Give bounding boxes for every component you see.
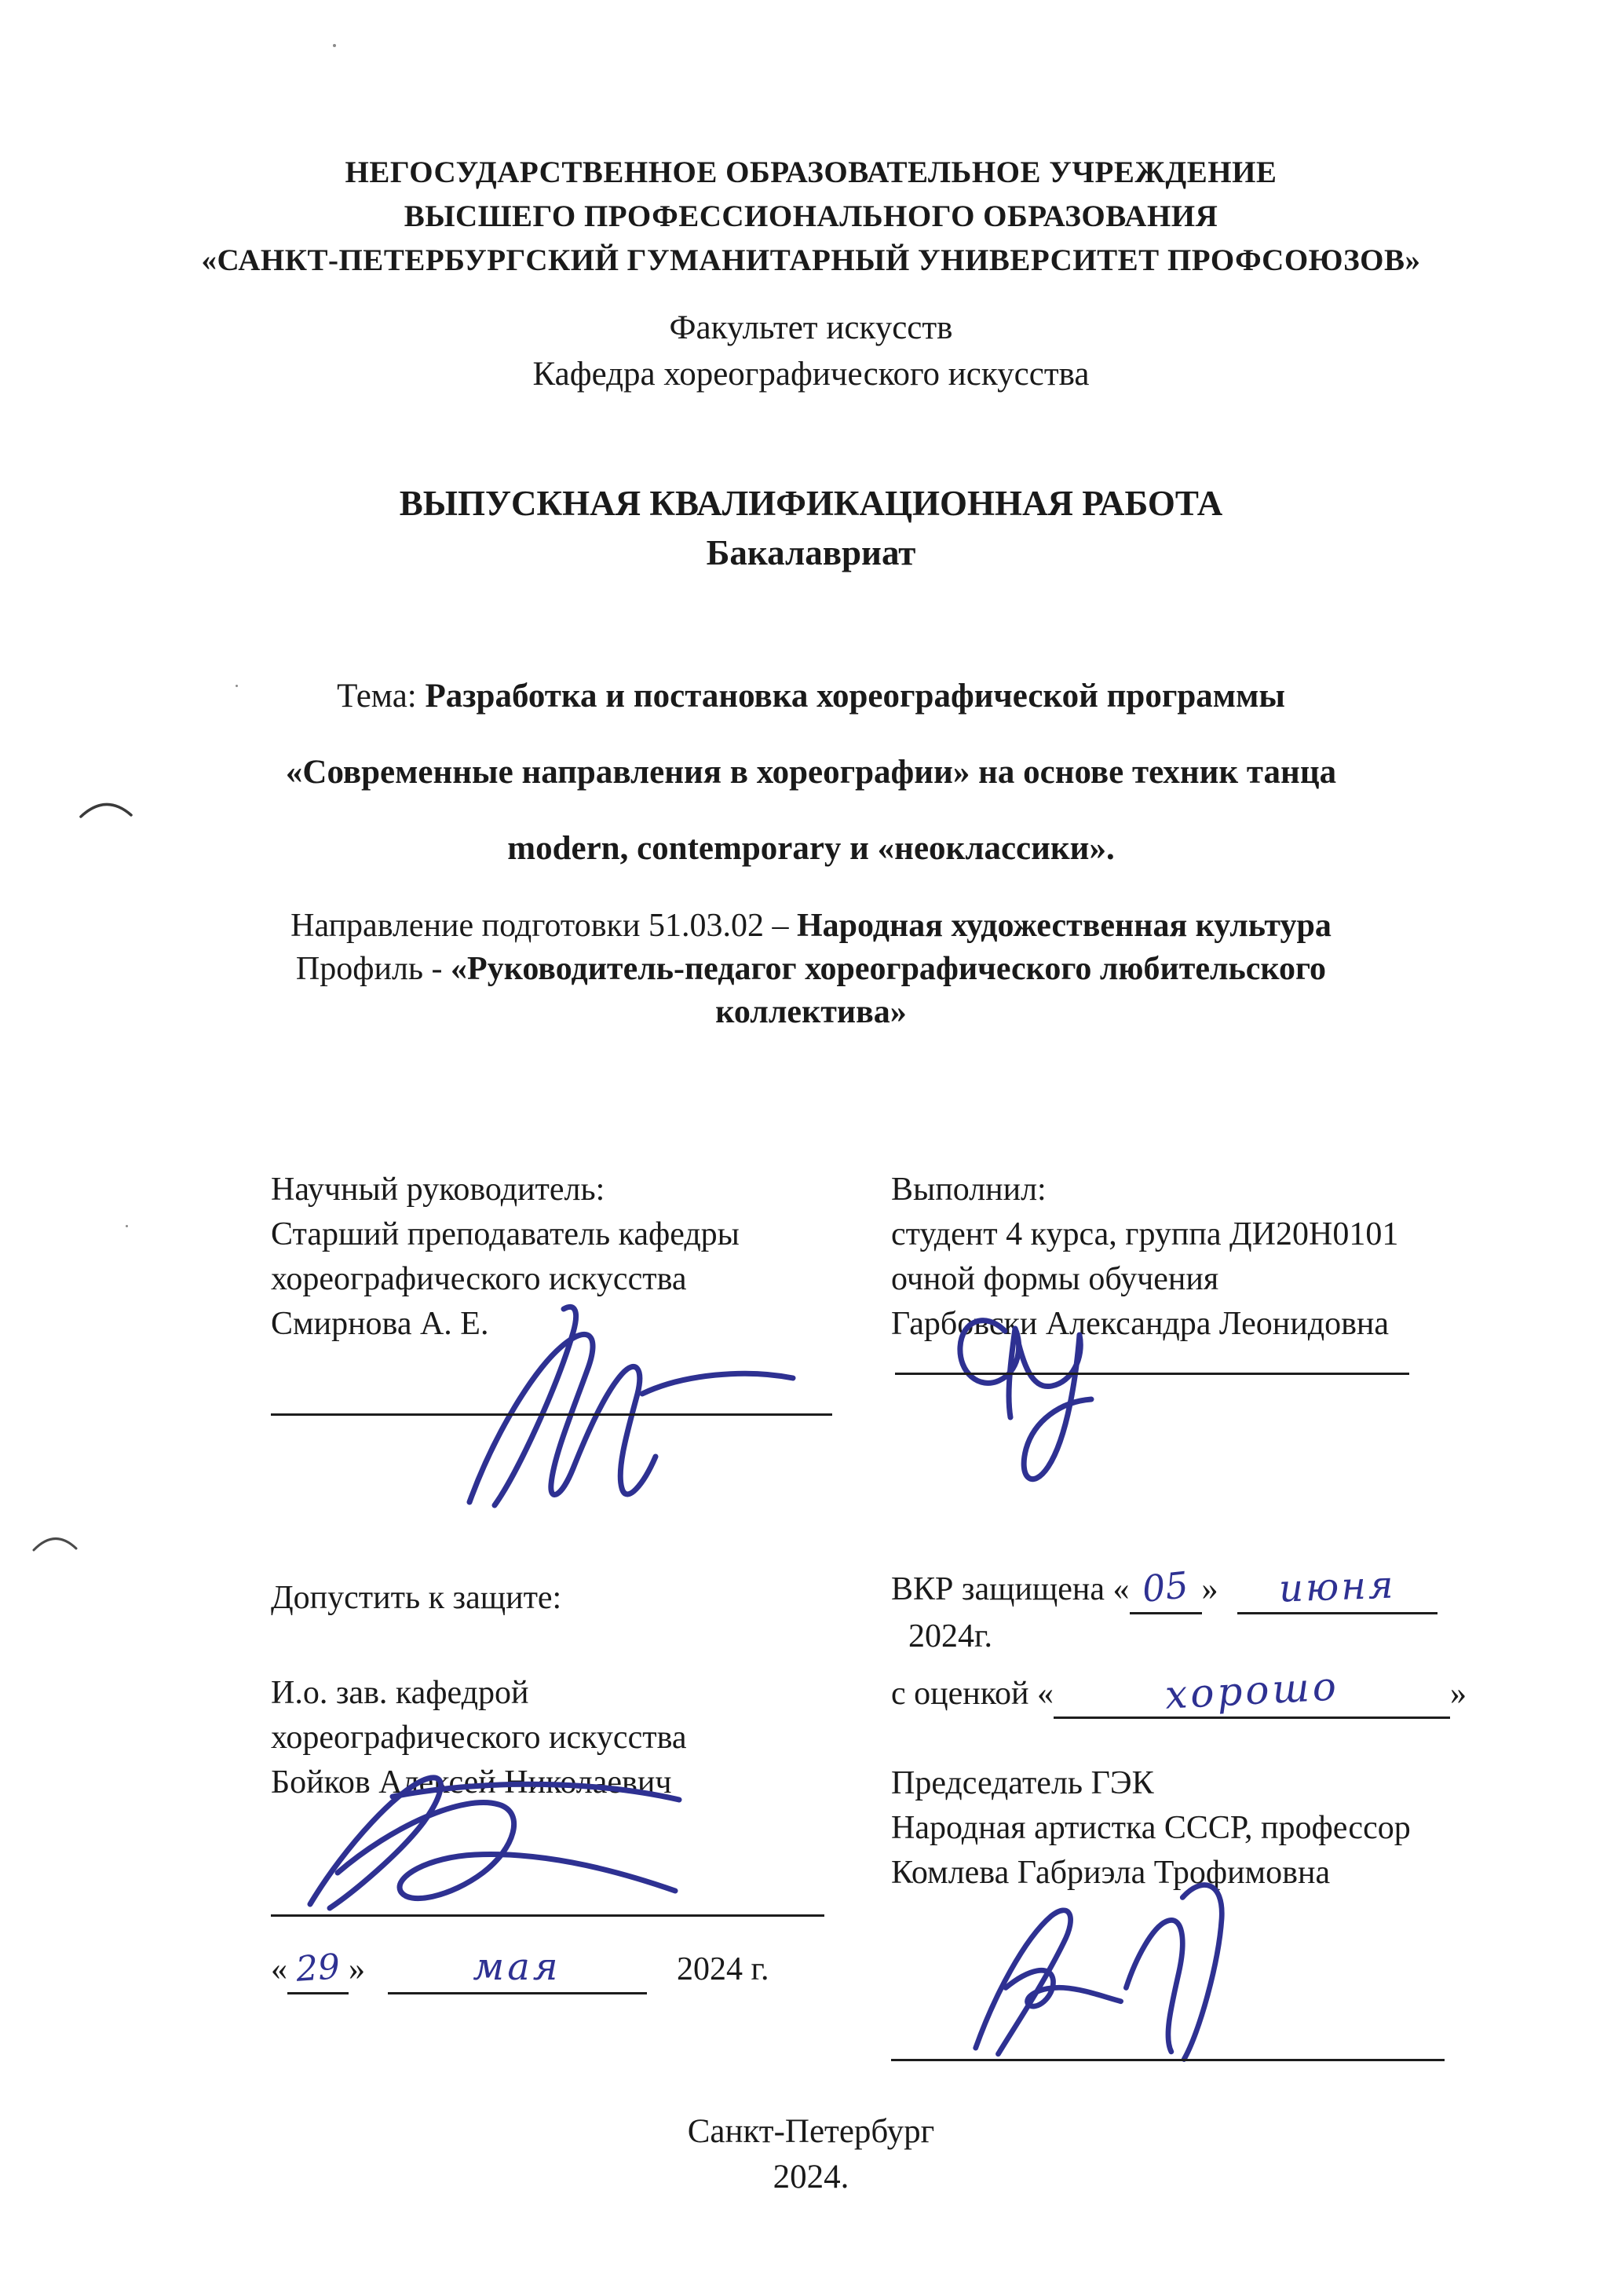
defense-day-handwritten: 05 — [1140, 1563, 1190, 1612]
chair-signature — [934, 1873, 1295, 2065]
grade-suffix: » — [1450, 1676, 1467, 1712]
scan-arc-artifact-top — [79, 792, 133, 823]
footer-year: 2024. — [0, 2155, 1622, 2200]
author-heading: Выполнил: — [891, 1168, 1519, 1212]
profile-value-2: коллектива» — [715, 994, 907, 1030]
org-line-3: «САНКТ-ПЕТЕРБУРГСКИЙ ГУМАНИТАРНЫЙ УНИВЕР… — [0, 239, 1622, 283]
supervisor-signature — [377, 1300, 816, 1512]
grade-prefix: с оценкой « — [891, 1676, 1054, 1712]
defense-month-underline: июня — [1237, 1565, 1438, 1614]
theme-line-1: Тема: Разработка и постановка хореографи… — [0, 658, 1622, 734]
admission-signature-line — [271, 1914, 824, 1917]
admission-heading: Допустить к защите: — [271, 1576, 820, 1621]
scan-speck-1 — [333, 44, 336, 47]
defense-prefix: ВКР защищена « — [891, 1571, 1130, 1607]
org-line-2: ВЫСШЕГО ПРОФЕССИОНАЛЬНОГО ОБРАЗОВАНИЯ — [0, 195, 1622, 239]
direction-value: Народная художественная культура — [797, 908, 1332, 944]
profile-line-1: Профиль - «Руководитель-педагог хореогра… — [0, 948, 1622, 991]
grade-underline: хорошо — [1054, 1669, 1450, 1719]
author-signature — [930, 1272, 1182, 1484]
defense-date-line: ВКР защищена «05» июня 2024г. — [891, 1565, 1519, 1659]
scan-speck-2 — [236, 685, 238, 687]
chair-signature-line — [891, 2059, 1445, 2061]
admission-day-underline: 29 — [287, 1946, 349, 1994]
direction-block: Направление подготовки 51.03.02 – Народн… — [0, 905, 1622, 1034]
theme-line-3: modern, contemporary и «неоклассики». — [0, 810, 1622, 887]
theme-line-2: «Современные направления в хореографии» … — [0, 734, 1622, 810]
admission-month-handwritten: мая — [473, 1945, 561, 1990]
theme-label: Тема: — [337, 678, 417, 715]
theme-block: Тема: Разработка и постановка хореографи… — [0, 658, 1622, 887]
faculty-line: Факультет искусств — [0, 305, 1622, 351]
profile-label: Профиль - — [296, 951, 443, 987]
grade-handwritten: хорошо — [1164, 1664, 1340, 1718]
scan-speck-3 — [126, 1225, 128, 1227]
defense-year: 2024г. — [908, 1618, 992, 1654]
author-signature-line — [895, 1373, 1409, 1375]
footer-city: Санкт-Петербург — [0, 2109, 1622, 2155]
admission-heading-block: Допустить к защите: — [271, 1576, 820, 1621]
profile-value-1: «Руководитель-педагог хореографического … — [451, 951, 1326, 987]
degree-level: Бакалавриат — [0, 528, 1622, 578]
defense-mid: » — [1202, 1571, 1218, 1607]
scan-arc-artifact-bottom — [31, 1526, 79, 1555]
work-title: ВЫПУСКНАЯ КВАЛИФИКАЦИОННАЯ РАБОТА — [0, 479, 1622, 528]
supervisor-signature-line — [271, 1413, 832, 1416]
supervisor-line-1: Старший преподаватель кафедры — [271, 1212, 820, 1257]
supervisor-heading: Научный руководитель: — [271, 1168, 820, 1212]
chair-line-1: Председатель ГЭК — [891, 1761, 1519, 1806]
direction-label: Направление подготовки 51.03.02 – — [290, 908, 788, 944]
university-header: НЕГОСУДАРСТВЕННОЕ ОБРАЗОВАТЕЛЬНОЕ УЧРЕЖД… — [0, 151, 1622, 283]
admission-quote-open: « — [271, 1951, 287, 1987]
admission-quote-close: » — [349, 1951, 365, 1987]
admission-signature — [283, 1767, 707, 1924]
scanned-title-page: НЕГОСУДАРСТВЕННОЕ ОБРАЗОВАТЕЛЬНОЕ УЧРЕЖД… — [0, 0, 1622, 2296]
defense-grade-line: с оценкой «хорошо» — [891, 1669, 1519, 1719]
author-line-1: студент 4 курса, группа ДИ20Н0101 — [891, 1212, 1519, 1257]
supervisor-line-2: хореографического искусства — [271, 1257, 820, 1302]
profile-line-2: коллектива» — [0, 991, 1622, 1034]
admission-date-line: «29» мая 2024 г. — [271, 1945, 820, 1994]
work-title-block: ВЫПУСКНАЯ КВАЛИФИКАЦИОННАЯ РАБОТА Бакала… — [0, 479, 1622, 578]
defense-month-handwritten: июня — [1278, 1563, 1396, 1611]
faculty-block: Факультет искусств Кафедра хореографичес… — [0, 305, 1622, 397]
theme-text-1: Разработка и постановка хореографической… — [425, 678, 1284, 715]
admission-year: 2024 г. — [677, 1951, 769, 1987]
admission-line-1: И.о. зав. кафедрой — [271, 1671, 820, 1716]
org-line-1: НЕГОСУДАРСТВЕННОЕ ОБРАЗОВАТЕЛЬНОЕ УЧРЕЖД… — [0, 151, 1622, 195]
chair-line-2: Народная артистка СССР, профессор — [891, 1806, 1519, 1851]
department-line: Кафедра хореографического искусства — [0, 351, 1622, 397]
admission-day-handwritten: 29 — [294, 1944, 342, 1992]
admission-month-underline: мая — [388, 1945, 647, 1994]
footer-block: Санкт-Петербург 2024. — [0, 2109, 1622, 2200]
admission-line-2: хореографического искусства — [271, 1716, 820, 1760]
defense-day-underline: 05 — [1130, 1565, 1202, 1614]
direction-line: Направление подготовки 51.03.02 – Народн… — [0, 905, 1622, 948]
